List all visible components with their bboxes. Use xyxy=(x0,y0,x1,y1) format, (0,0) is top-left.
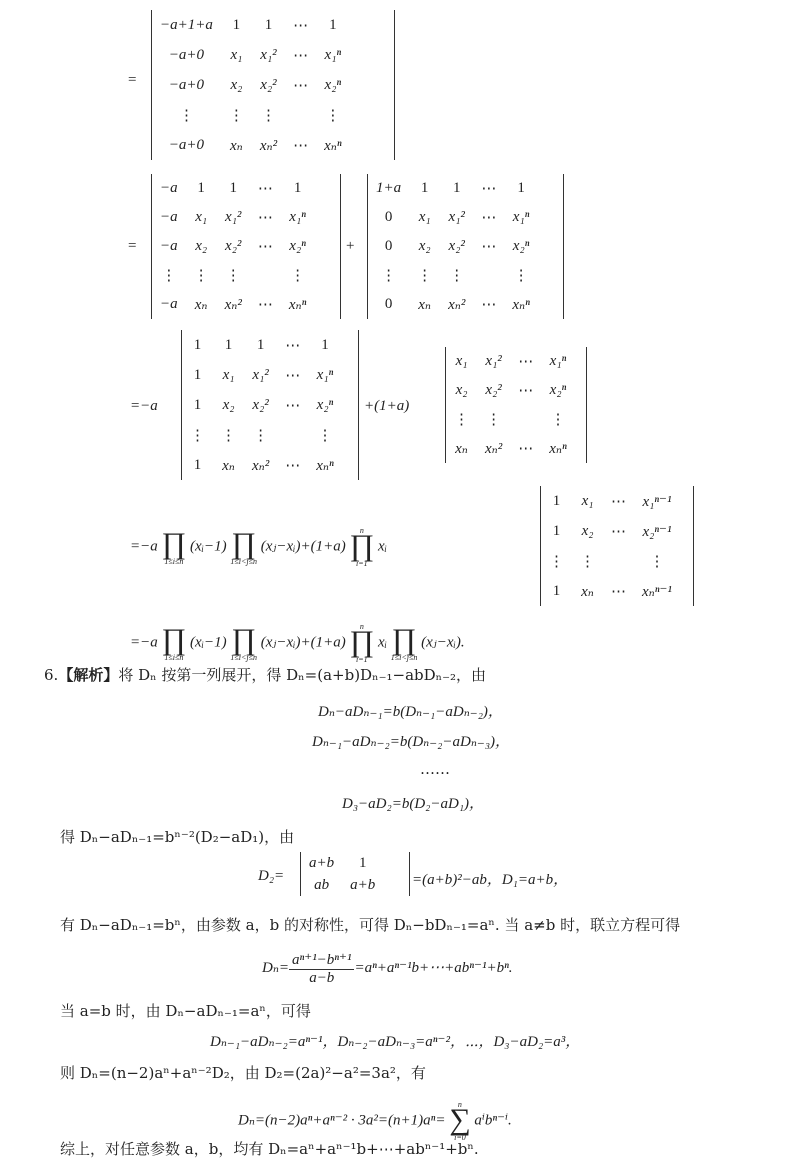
matrix-cell: x₂² xyxy=(217,232,250,261)
matrix-cell: 1 xyxy=(281,174,314,203)
matrix-row: 0x₁x₁²⋯x₁ⁿ xyxy=(368,203,538,232)
matrix-cell: x₂ⁿ⁻¹ xyxy=(634,516,680,546)
matrix-cell: −a+0 xyxy=(152,40,221,70)
matrix-row: −axₙxₙ²⋯xₙⁿ xyxy=(152,290,314,319)
matrix-cell: x₂ⁿ xyxy=(281,232,314,261)
lead-term: =−a xyxy=(130,538,158,554)
matrix-cell: 0 xyxy=(368,232,409,261)
matrix-cell: ⋯ xyxy=(603,576,634,606)
factor: (xⱼ−xᵢ)+(1+a) xyxy=(261,634,346,650)
determinant-block2-left: −a11⋯1−ax₁x₁²⋯x₁ⁿ−ax₂x₂²⋯x₂ⁿ⋮⋮⋮⋮−axₙxₙ²⋯… xyxy=(151,174,341,319)
problem-number: 6. xyxy=(44,666,58,684)
matrix-row: 1x₂⋯x₂ⁿ⁻¹ xyxy=(541,516,680,546)
matrix-cell: x₂ xyxy=(446,376,477,405)
matrix-cell: x₁² xyxy=(477,347,510,376)
matrix-cell: x₂ xyxy=(186,232,217,261)
matrix-cell: x₁ⁿ⁻¹ xyxy=(634,486,680,516)
determinant-block1: −a+1+a11⋯1−a+0x₁x₁²⋯x₁ⁿ−a+0x₂x₂²⋯x₂ⁿ⋮⋮⋮⋮… xyxy=(151,10,395,160)
matrix-cell: 1 xyxy=(252,10,285,40)
matrix-cell: x₁² xyxy=(440,203,473,232)
matrix-cell: ⋮ xyxy=(281,261,314,290)
matrix-cell: xₙ² xyxy=(217,290,250,319)
product-subscript: 1≤i<j≤n xyxy=(230,653,257,662)
factor: (xᵢ−1) xyxy=(190,538,227,554)
matrix-row: ⋮⋮⋮ xyxy=(541,546,680,576)
matrix-cell xyxy=(250,261,281,290)
matrix-cell: ⋯ xyxy=(510,434,541,463)
matrix-cell xyxy=(510,405,541,434)
matrix-cell: ⋮ xyxy=(477,405,510,434)
matrix-cell: −a xyxy=(152,203,186,232)
factor: (xⱼ−xᵢ)+(1+a) xyxy=(261,538,346,554)
matrix-cell: ⋯ xyxy=(473,290,504,319)
matrix-cell: −a+0 xyxy=(152,130,221,160)
sum-lead: Dₙ=(n−2)aⁿ+aⁿ⁻² · 3a²=(n+1)aⁿ= xyxy=(238,1112,445,1128)
conclusion-line: 综上，对任意参数 a，b，均有 Dₙ=aⁿ+aⁿ⁻¹b+⋯+abⁿ⁻¹+bⁿ. xyxy=(60,1138,479,1159)
result-line-1: 得 Dₙ−aDₙ₋₁=bⁿ⁻²(D₂−aD₁)，由 xyxy=(60,826,294,847)
matrix-cell: xₙⁿ xyxy=(316,130,349,160)
matrix-row: −a11⋯1 xyxy=(152,174,314,203)
matrix-cell: x₁ⁿ xyxy=(308,360,341,390)
matrix-cell: x₁ xyxy=(213,360,244,390)
matrix-cell: x₁ⁿ xyxy=(504,203,537,232)
matrix-cell: xₙ² xyxy=(477,434,510,463)
fraction-numerator: aⁿ⁺¹−bⁿ⁺¹ xyxy=(289,950,354,970)
matrix-cell: ⋯ xyxy=(250,203,281,232)
matrix-cell: ⋮ xyxy=(541,405,574,434)
matrix-row: 1x₁⋯x₁ⁿ⁻¹ xyxy=(541,486,680,516)
matrix-cell: xₙ xyxy=(409,290,440,319)
matrix-cell: ⋮ xyxy=(244,420,277,450)
problem-6-intro: 6.【解析】将 Dₙ 按第一列展开，得 Dₙ=(a+b)Dₙ₋₁−abDₙ₋₂，… xyxy=(44,664,486,685)
matrix-cell: 1 xyxy=(541,516,572,546)
matrix-cell: xₙ² xyxy=(252,130,285,160)
matrix-cell: x₂² xyxy=(440,232,473,261)
matrix-cell: ⋯ xyxy=(285,40,316,70)
matrix-row: −a+0x₂x₂²⋯x₂ⁿ xyxy=(152,70,350,100)
matrix-cell xyxy=(473,261,504,290)
case-equal-line: 当 a=b 时，由 Dₙ−aDₙ₋₁=aⁿ，可得 xyxy=(60,1000,311,1021)
matrix-cell: ⋮ xyxy=(152,261,186,290)
matrix-cell: xₙ xyxy=(213,450,244,480)
matrix-cell: a+b xyxy=(301,852,342,874)
chain-equations: Dₙ₋₁−aDₙ₋₂=aⁿ⁻¹，Dₙ₋₂−aDₙ₋₃=aⁿ⁻²，⋯，D₃−aD₂… xyxy=(210,1030,580,1051)
frac-lead: Dₙ= xyxy=(262,960,289,976)
recurrence-1: Dₙ−aDₙ₋₁=b(Dₙ₋₁−aDₙ₋₂)， xyxy=(318,700,503,721)
matrix-cell: −a+0 xyxy=(152,70,221,100)
matrix-row: xₙxₙ²⋯xₙⁿ xyxy=(446,434,575,463)
matrix-cell: x₁ xyxy=(186,203,217,232)
matrix-row: −a+1+a11⋯1 xyxy=(152,10,350,40)
matrix-cell: 1 xyxy=(316,10,349,40)
matrix-cell: ⋯ xyxy=(250,290,281,319)
matrix-cell: xₙ xyxy=(572,576,603,606)
matrix-cell: ⋮ xyxy=(213,420,244,450)
matrix-cell: ⋮ xyxy=(541,546,572,576)
matrix-row: 111⋯1 xyxy=(182,330,342,360)
matrix-cell: 0 xyxy=(368,290,409,319)
matrix-cell: ⋮ xyxy=(252,100,285,130)
determinant-block2-right: 1+a11⋯10x₁x₁²⋯x₁ⁿ0x₂x₂²⋯x₂ⁿ⋮⋮⋮⋮0xₙxₙ²⋯xₙ… xyxy=(367,174,564,319)
matrix-cell: ⋮ xyxy=(409,261,440,290)
matrix-cell: ⋮ xyxy=(504,261,537,290)
matrix-cell: 1 xyxy=(244,330,277,360)
matrix-cell: x₁ xyxy=(446,347,477,376)
lead-term: =−a xyxy=(130,634,158,650)
matrix-cell: xₙ xyxy=(446,434,477,463)
matrix-cell: ⋮ xyxy=(152,100,221,130)
matrix-cell: x₂² xyxy=(252,70,285,100)
matrix-cell: ⋯ xyxy=(285,70,316,100)
matrix-cell: x₂ⁿ xyxy=(541,376,574,405)
matrix-cell: ⋯ xyxy=(510,347,541,376)
plus-sign: + xyxy=(346,238,354,255)
matrix-cell: ⋯ xyxy=(285,10,316,40)
matrix-cell: x₂² xyxy=(244,390,277,420)
matrix-cell: 1 xyxy=(182,330,213,360)
matrix-cell: x₁ⁿ xyxy=(316,40,349,70)
matrix-row: −ax₂x₂²⋯x₂ⁿ xyxy=(152,232,314,261)
d2-lead: D₂= xyxy=(258,868,284,885)
matrix-row: 0x₂x₂²⋯x₂ⁿ xyxy=(368,232,538,261)
matrix-cell: ⋮ xyxy=(217,261,250,290)
matrix-cell: 0 xyxy=(368,203,409,232)
coefficient-one-plus-a: +(1+a) xyxy=(364,398,409,415)
matrix-row: ⋮⋮⋮⋮ xyxy=(368,261,538,290)
matrix-cell: 1 xyxy=(541,486,572,516)
product-expression-2: =−a ∏1≤i≤n (xᵢ−1) ∏1≤i<j≤n (xⱼ−xᵢ)+(1+a)… xyxy=(130,622,465,664)
analysis-tag: 【解析】 xyxy=(58,666,118,684)
matrix-row: 1xₙxₙ²⋯xₙⁿ xyxy=(182,450,342,480)
matrix-cell: 1 xyxy=(541,576,572,606)
matrix-row: ⋮⋮⋮⋮ xyxy=(152,261,314,290)
matrix-row: ⋮⋮⋮⋮ xyxy=(182,420,342,450)
frac-tail: =aⁿ+aⁿ⁻¹b+⋯+abⁿ⁻¹+bⁿ. xyxy=(354,960,512,976)
matrix-cell: x₂² xyxy=(477,376,510,405)
sum-body: aⁱbⁿ⁻ⁱ. xyxy=(474,1112,511,1128)
matrix-row: x₂x₂²⋯x₂ⁿ xyxy=(446,376,575,405)
matrix-cell: x₂ⁿ xyxy=(316,70,349,100)
matrix-cell: ⋯ xyxy=(473,232,504,261)
matrix-cell: x₁ xyxy=(409,203,440,232)
coefficient-minus-a: =−a xyxy=(130,398,158,415)
matrix-cell: ⋯ xyxy=(277,390,308,420)
matrix-row: 1x₁x₁²⋯x₁ⁿ xyxy=(182,360,342,390)
matrix-cell: ⋯ xyxy=(603,486,634,516)
fraction-denominator: a−b xyxy=(289,970,354,987)
matrix-cell: 1 xyxy=(182,450,213,480)
matrix-row: 1+a11⋯1 xyxy=(368,174,538,203)
matrix-cell: 1 xyxy=(409,174,440,203)
matrix-row: ⋮⋮⋮⋮ xyxy=(152,100,350,130)
matrix-cell: ⋯ xyxy=(277,450,308,480)
matrix-cell: xₙ² xyxy=(244,450,277,480)
matrix-cell: ⋮ xyxy=(221,100,252,130)
matrix-cell xyxy=(277,420,308,450)
matrix-cell: ⋮ xyxy=(572,546,603,576)
ellipsis: …… xyxy=(420,760,450,778)
matrix-cell: 1 xyxy=(217,174,250,203)
matrix-cell: ⋯ xyxy=(277,360,308,390)
matrix-row: 1x₂x₂²⋯x₂ⁿ xyxy=(182,390,342,420)
d2-expansion: =(a+b)²−ab，D₁=a+b， xyxy=(412,868,568,889)
matrix-cell: ⋮ xyxy=(316,100,349,130)
matrix-cell xyxy=(603,546,634,576)
determinant-block3-right: x₁x₁²⋯x₁ⁿx₂x₂²⋯x₂ⁿ⋮⋮⋮xₙxₙ²⋯xₙⁿ xyxy=(445,347,587,463)
matrix-cell: x₂ xyxy=(409,232,440,261)
matrix-cell: −a+1+a xyxy=(152,10,221,40)
factor: xᵢ xyxy=(378,634,387,650)
matrix-row: x₁x₁²⋯x₁ⁿ xyxy=(446,347,575,376)
matrix-cell: ⋯ xyxy=(603,516,634,546)
matrix-cell: 1 xyxy=(504,174,537,203)
product-expression-1: =−a ∏1≤i≤n (xᵢ−1) ∏1≤i<j≤n (xⱼ−xᵢ)+(1+a)… xyxy=(130,526,387,568)
factor: (xⱼ−xᵢ). xyxy=(421,634,465,650)
matrix-cell: ⋯ xyxy=(285,130,316,160)
matrix-cell: ab xyxy=(301,874,342,896)
matrix-cell: ⋮ xyxy=(186,261,217,290)
then-line: 则 Dₙ=(n−2)aⁿ+aⁿ⁻²D₂，由 D₂=(2a)²−a²=3a²，有 xyxy=(60,1062,426,1083)
matrix-cell: x₁ⁿ xyxy=(281,203,314,232)
matrix-cell: 1 xyxy=(182,360,213,390)
matrix-cell: 1 xyxy=(308,330,341,360)
matrix-cell: −a xyxy=(152,174,186,203)
matrix-cell: 1 xyxy=(182,390,213,420)
matrix-row: −a+0x₁x₁²⋯x₁ⁿ xyxy=(152,40,350,70)
matrix-cell: −a xyxy=(152,232,186,261)
matrix-cell: ⋮ xyxy=(440,261,473,290)
matrix-cell: 1 xyxy=(213,330,244,360)
matrix-row: −a+0xₙxₙ²⋯xₙⁿ xyxy=(152,130,350,160)
matrix-cell: x₁² xyxy=(252,40,285,70)
matrix-cell: xₙ xyxy=(186,290,217,319)
symmetry-line: 有 Dₙ−aDₙ₋₁=bⁿ，由参数 a，b 的对称性，可得 Dₙ−bDₙ₋₁=a… xyxy=(60,914,680,935)
matrix-row: a+b1 xyxy=(301,852,383,874)
matrix-row: −ax₁x₁²⋯x₁ⁿ xyxy=(152,203,314,232)
matrix-cell: ⋯ xyxy=(510,376,541,405)
matrix-cell: xₙ xyxy=(221,130,252,160)
matrix-cell: 1 xyxy=(221,10,252,40)
determinant-block3-left: 111⋯11x₁x₁²⋯x₁ⁿ1x₂x₂²⋯x₂ⁿ⋮⋮⋮⋮1xₙxₙ²⋯xₙⁿ xyxy=(181,330,359,480)
matrix-cell: 1 xyxy=(186,174,217,203)
matrix-cell: ⋮ xyxy=(182,420,213,450)
equals-sign: = xyxy=(128,72,136,89)
matrix-cell: x₁ xyxy=(572,486,603,516)
recurrence-2: Dₙ₋₁−aDₙ₋₂=b(Dₙ₋₂−aDₙ₋₃)， xyxy=(312,730,510,751)
product-subscript: 1≤i≤n xyxy=(162,557,187,566)
matrix-cell: ⋯ xyxy=(277,330,308,360)
determinant-block4: 1x₁⋯x₁ⁿ⁻¹1x₂⋯x₂ⁿ⁻¹⋮⋮⋮1xₙ⋯xₙⁿ⁻¹ xyxy=(540,486,694,606)
product-subscript: 1≤i<j≤n xyxy=(391,653,418,662)
matrix-cell: xₙⁿ xyxy=(504,290,537,319)
factor: xᵢ xyxy=(378,538,387,554)
matrix-cell: ⋮ xyxy=(368,261,409,290)
matrix-cell: ⋯ xyxy=(250,232,281,261)
equals-sign: = xyxy=(128,238,136,255)
matrix-cell: xₙ² xyxy=(440,290,473,319)
matrix-cell: xₙⁿ⁻¹ xyxy=(634,576,680,606)
matrix-row: 0xₙxₙ²⋯xₙⁿ xyxy=(368,290,538,319)
matrix-cell: ⋮ xyxy=(446,405,477,434)
matrix-cell: xₙⁿ xyxy=(281,290,314,319)
product-subscript: 1≤i≤n xyxy=(162,653,187,662)
matrix-cell: x₁² xyxy=(244,360,277,390)
matrix-cell: x₂ xyxy=(213,390,244,420)
fraction-expression: Dₙ=aⁿ⁺¹−bⁿ⁺¹a−b=aⁿ+aⁿ⁻¹b+⋯+abⁿ⁻¹+bⁿ. xyxy=(262,950,513,987)
matrix-cell: xₙⁿ xyxy=(541,434,574,463)
matrix-cell: ⋯ xyxy=(473,174,504,203)
matrix-row: 1xₙ⋯xₙⁿ⁻¹ xyxy=(541,576,680,606)
matrix-cell: ⋮ xyxy=(634,546,680,576)
matrix-cell: x₂ⁿ xyxy=(308,390,341,420)
sum-expression: Dₙ=(n−2)aⁿ+aⁿ⁻² · 3a²=(n+1)aⁿ= n∑i=0 aⁱb… xyxy=(238,1100,512,1142)
determinant-d2: a+b1aba+b xyxy=(300,852,410,896)
matrix-row: aba+b xyxy=(301,874,383,896)
matrix-cell: ⋮ xyxy=(308,420,341,450)
matrix-cell: x₁ⁿ xyxy=(541,347,574,376)
matrix-cell: 1 xyxy=(342,852,383,874)
matrix-cell xyxy=(285,100,316,130)
matrix-cell: −a xyxy=(152,290,186,319)
product-subscript: 1≤i<j≤n xyxy=(230,557,257,566)
matrix-row: ⋮⋮⋮ xyxy=(446,405,575,434)
matrix-cell: x₁ xyxy=(221,40,252,70)
matrix-cell: x₁² xyxy=(217,203,250,232)
matrix-cell: x₂ xyxy=(572,516,603,546)
matrix-cell: ⋯ xyxy=(250,174,281,203)
recurrence-3: D₃−aD₂=b(D₂−aD₁)， xyxy=(342,792,484,813)
matrix-cell: ⋯ xyxy=(473,203,504,232)
matrix-cell: x₂ xyxy=(221,70,252,100)
matrix-cell: 1 xyxy=(440,174,473,203)
matrix-cell: 1+a xyxy=(368,174,409,203)
matrix-cell: x₂ⁿ xyxy=(504,232,537,261)
matrix-cell: xₙⁿ xyxy=(308,450,341,480)
matrix-cell: a+b xyxy=(342,874,383,896)
factor: (xᵢ−1) xyxy=(190,634,227,650)
intro-text: 将 Dₙ 按第一列展开，得 Dₙ=(a+b)Dₙ₋₁−abDₙ₋₂，由 xyxy=(118,666,486,684)
